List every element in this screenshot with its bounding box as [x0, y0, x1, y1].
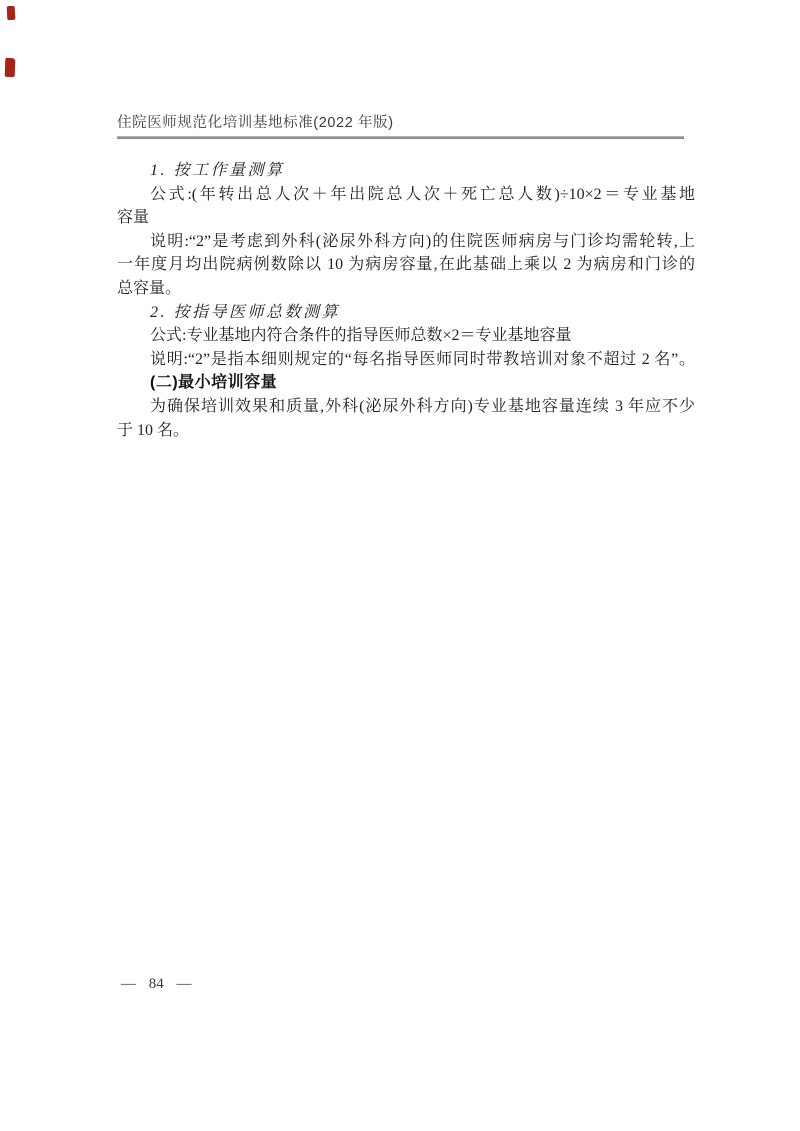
body-text-block: 1. 按工作量测算 公式:(年转出总人次＋年出院总人次＋死亡总人数)÷10×2＝… [117, 159, 695, 442]
body-line-note-1: 说明:“2”是考虑到外科(泌尿外科方向)的住院医师病房与门诊均需轮转,上 [117, 230, 695, 254]
red-scan-artifact-top [7, 6, 16, 20]
body-line: 一年度月均出院病例数除以 10 为病房容量,在此基础上乘以 2 为病房和门诊的 [117, 253, 695, 277]
body-line-formula-2: 公式:专业基地内符合条件的指导医师总数×2＝专业基地容量 [117, 324, 695, 348]
body-line: 为确保培训效果和质量,外科(泌尿外科方向)专业基地容量连续 3 年应不少 [117, 395, 695, 419]
running-header-title: 住院医师规范化培训基地标准(2022 年版) [117, 111, 394, 132]
body-line-heading-2: 2. 按指导医师总数测算 [117, 301, 695, 325]
body-line: 容量 [117, 206, 695, 230]
body-line-heading-1: 1. 按工作量测算 [117, 159, 695, 183]
header-divider-rule [117, 136, 684, 139]
document-page: 住院医师规范化培训基地标准(2022 年版) 1. 按工作量测算 公式:(年转出… [0, 0, 800, 1131]
body-line-formula-1: 公式:(年转出总人次＋年出院总人次＋死亡总人数)÷10×2＝专业基地 [117, 183, 695, 207]
body-line-note-2: 说明:“2”是指本细则规定的“每名指导医师同时带教培训对象不超过 2 名”。 [117, 348, 695, 372]
body-line-section-heading: (二)最小培训容量 [117, 371, 695, 395]
red-scan-artifact-bottom [5, 58, 16, 77]
page-number: — 84 — [121, 976, 192, 993]
body-line: 总容量。 [117, 277, 695, 301]
body-line: 于 10 名。 [117, 419, 695, 443]
